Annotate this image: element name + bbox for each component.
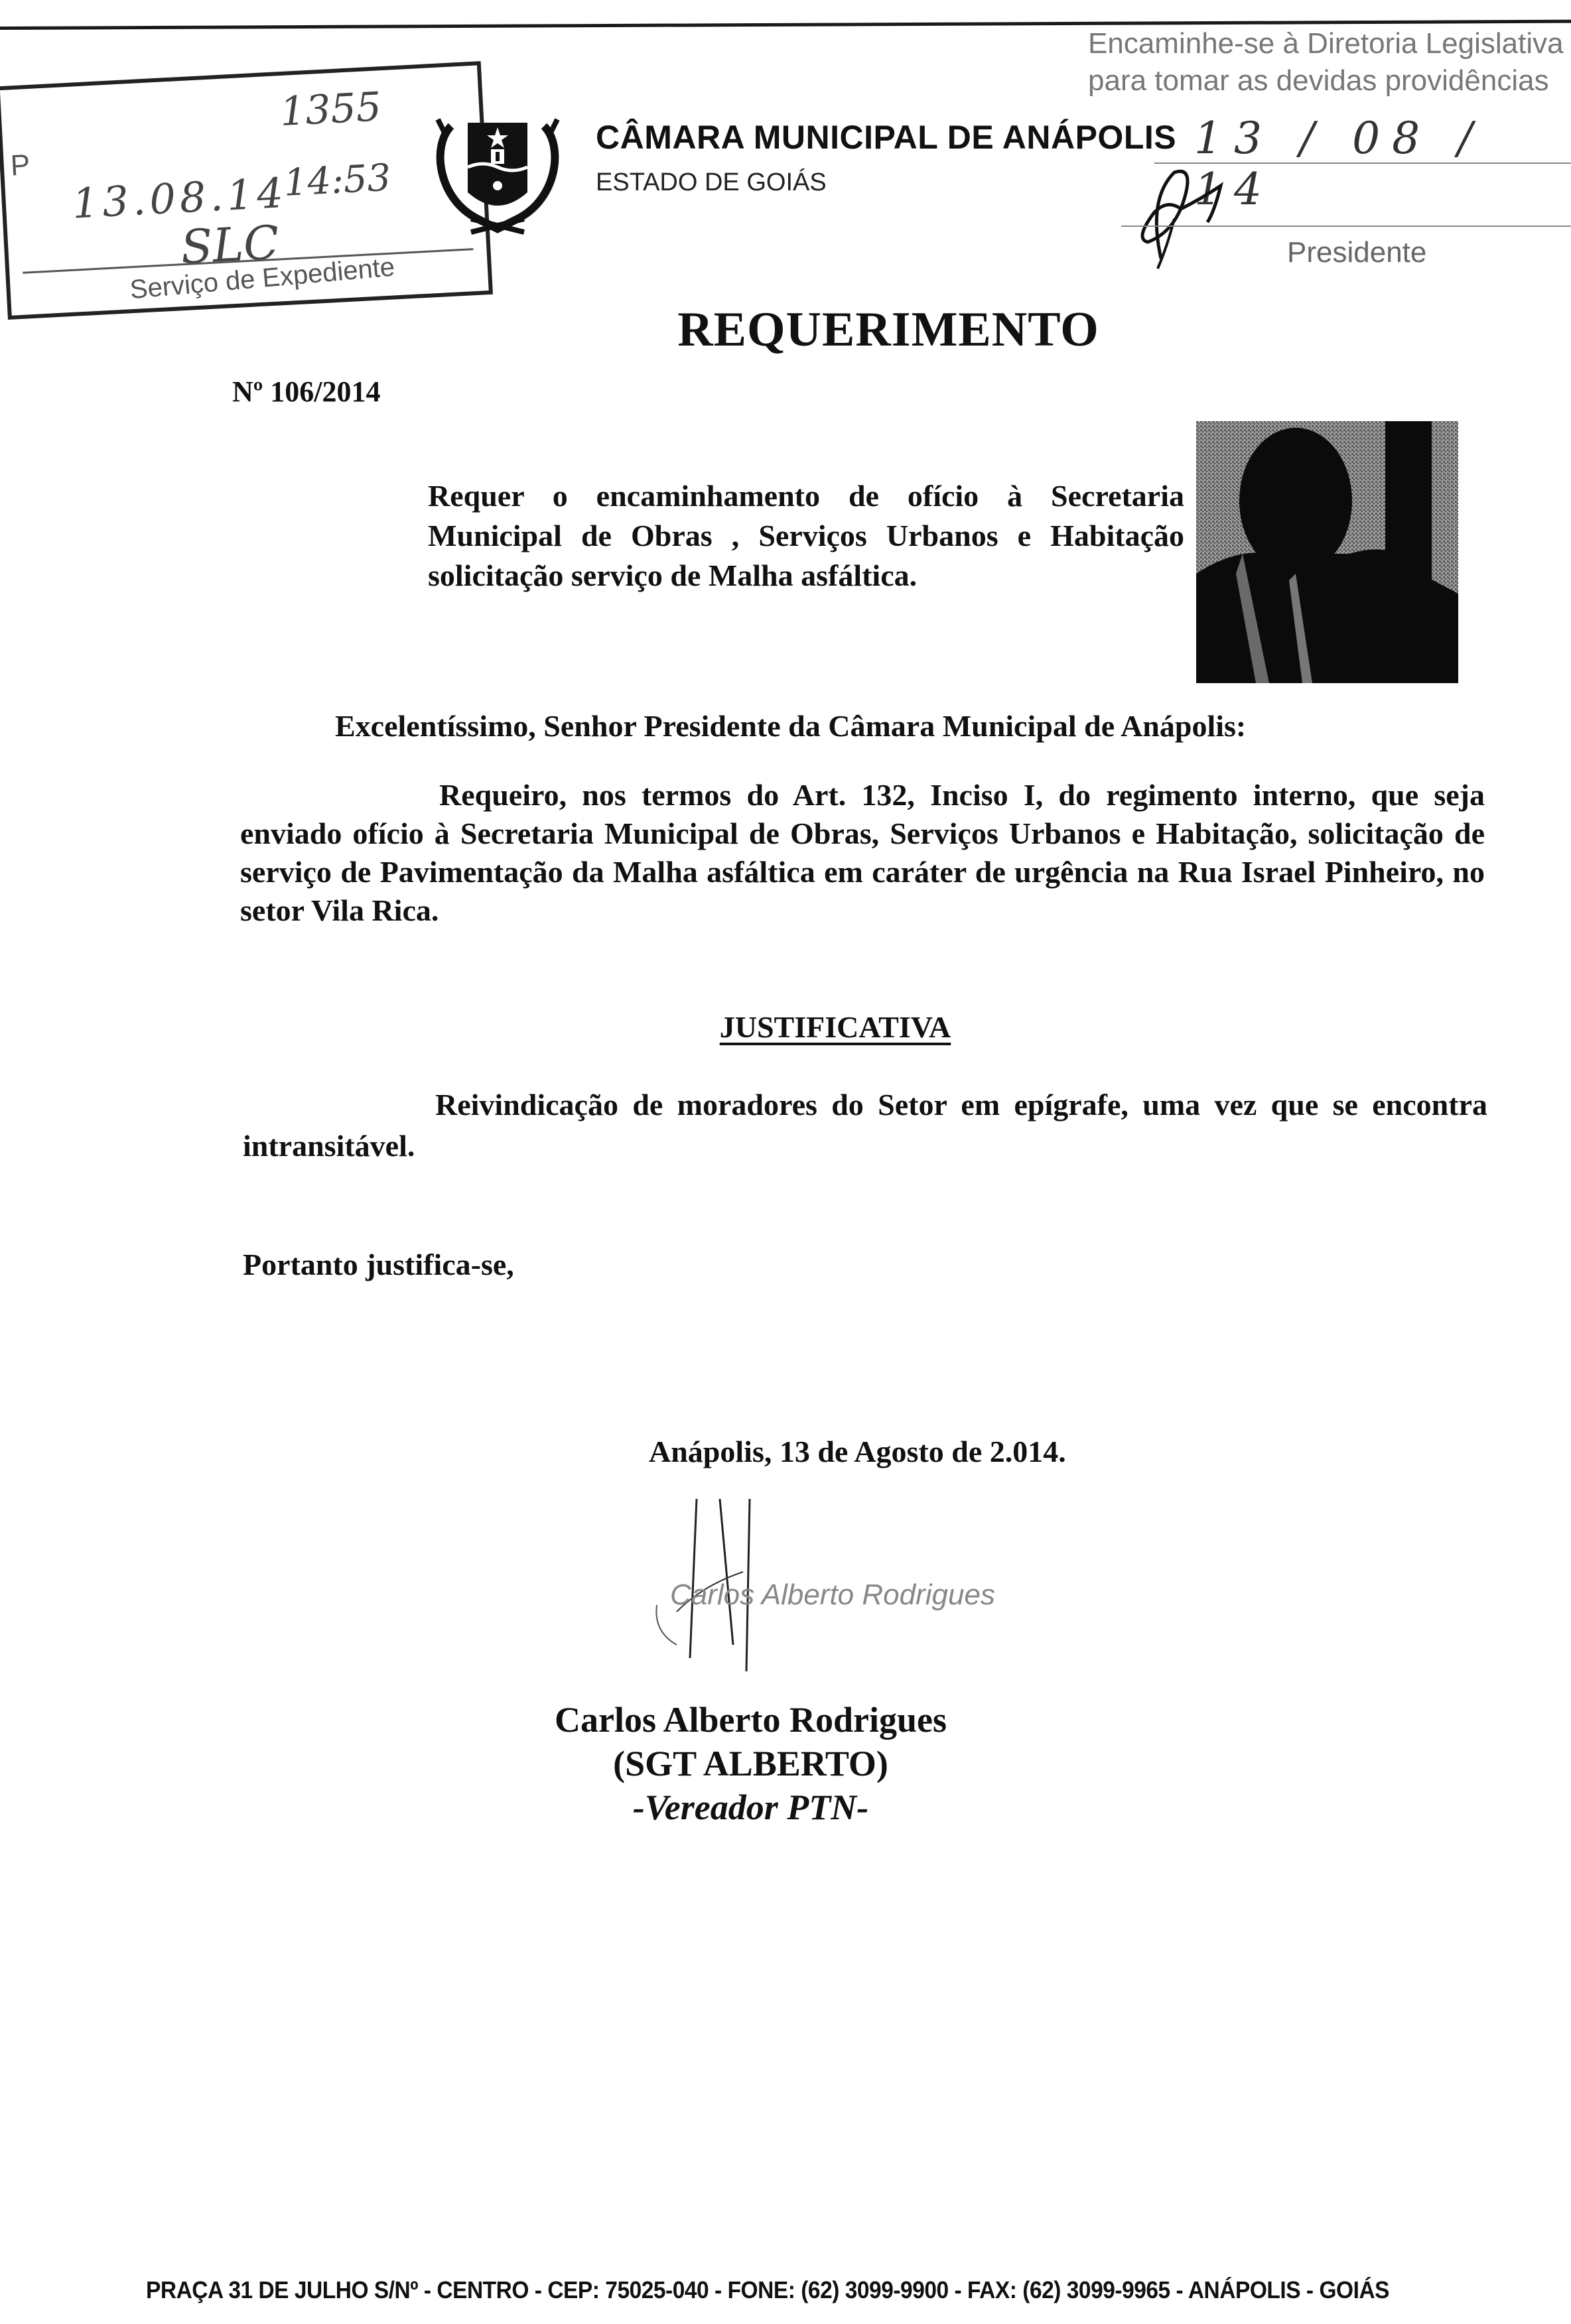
protocol-stamp: P 1355 13.08.14 14:53 SLC Serviço de Exp… [0, 61, 493, 320]
president-signature [1121, 159, 1254, 272]
document-summary: Requer o encaminhamento de ofício à Secr… [428, 476, 1184, 596]
councilor-photo [1196, 421, 1458, 683]
document-title: REQUERIMENTO [0, 302, 1571, 358]
stamp-time: 14:53 [283, 157, 392, 205]
justification-text: Reivindicação de moradores do Setor em e… [243, 1084, 1487, 1167]
dispatch-line-2: para tomar as devidas providências [1088, 62, 1564, 99]
signer-role: -Vereador PTN- [0, 1785, 1571, 1829]
signer-block: Carlos Alberto Rodrigues (SGT ALBERTO) -… [0, 1698, 1571, 1829]
councilor-signature [650, 1459, 995, 1671]
signer-nickname: (SGT ALBERTO) [0, 1742, 1571, 1785]
justification-heading: JUSTIFICATIVA [0, 1009, 1571, 1045]
state-name: ESTADO DE GOIÁS [596, 168, 827, 197]
closing-text: Portanto justifica-se, [243, 1247, 514, 1282]
salutation: Excelentíssimo, Senhor Presidente da Câm… [335, 708, 1246, 743]
dispatch-note: Encaminhe-se à Diretoria Legislativa par… [1088, 25, 1564, 99]
president-signature-rule [1121, 226, 1571, 227]
dispatch-line-1: Encaminhe-se à Diretoria Legislativa [1088, 25, 1564, 62]
municipal-coat-of-arms-icon [425, 86, 571, 239]
president-label: Presidente [1287, 236, 1426, 269]
signer-name: Carlos Alberto Rodrigues [0, 1698, 1571, 1742]
document-number: Nº 106/2014 [232, 375, 381, 409]
stamp-number: 1355 [279, 84, 382, 135]
stamp-prefix: P [10, 149, 31, 182]
signature-stamp: Carlos Alberto Rodrigues [670, 1579, 995, 1612]
request-body: Requeiro, nos termos do Art. 132, Inciso… [240, 776, 1485, 930]
footer-address: PRAÇA 31 DE JULHO S/Nº - CENTRO - CEP: 7… [146, 2276, 1389, 2304]
organization-name: CÂMARA MUNICIPAL DE ANÁPOLIS [596, 118, 1176, 157]
